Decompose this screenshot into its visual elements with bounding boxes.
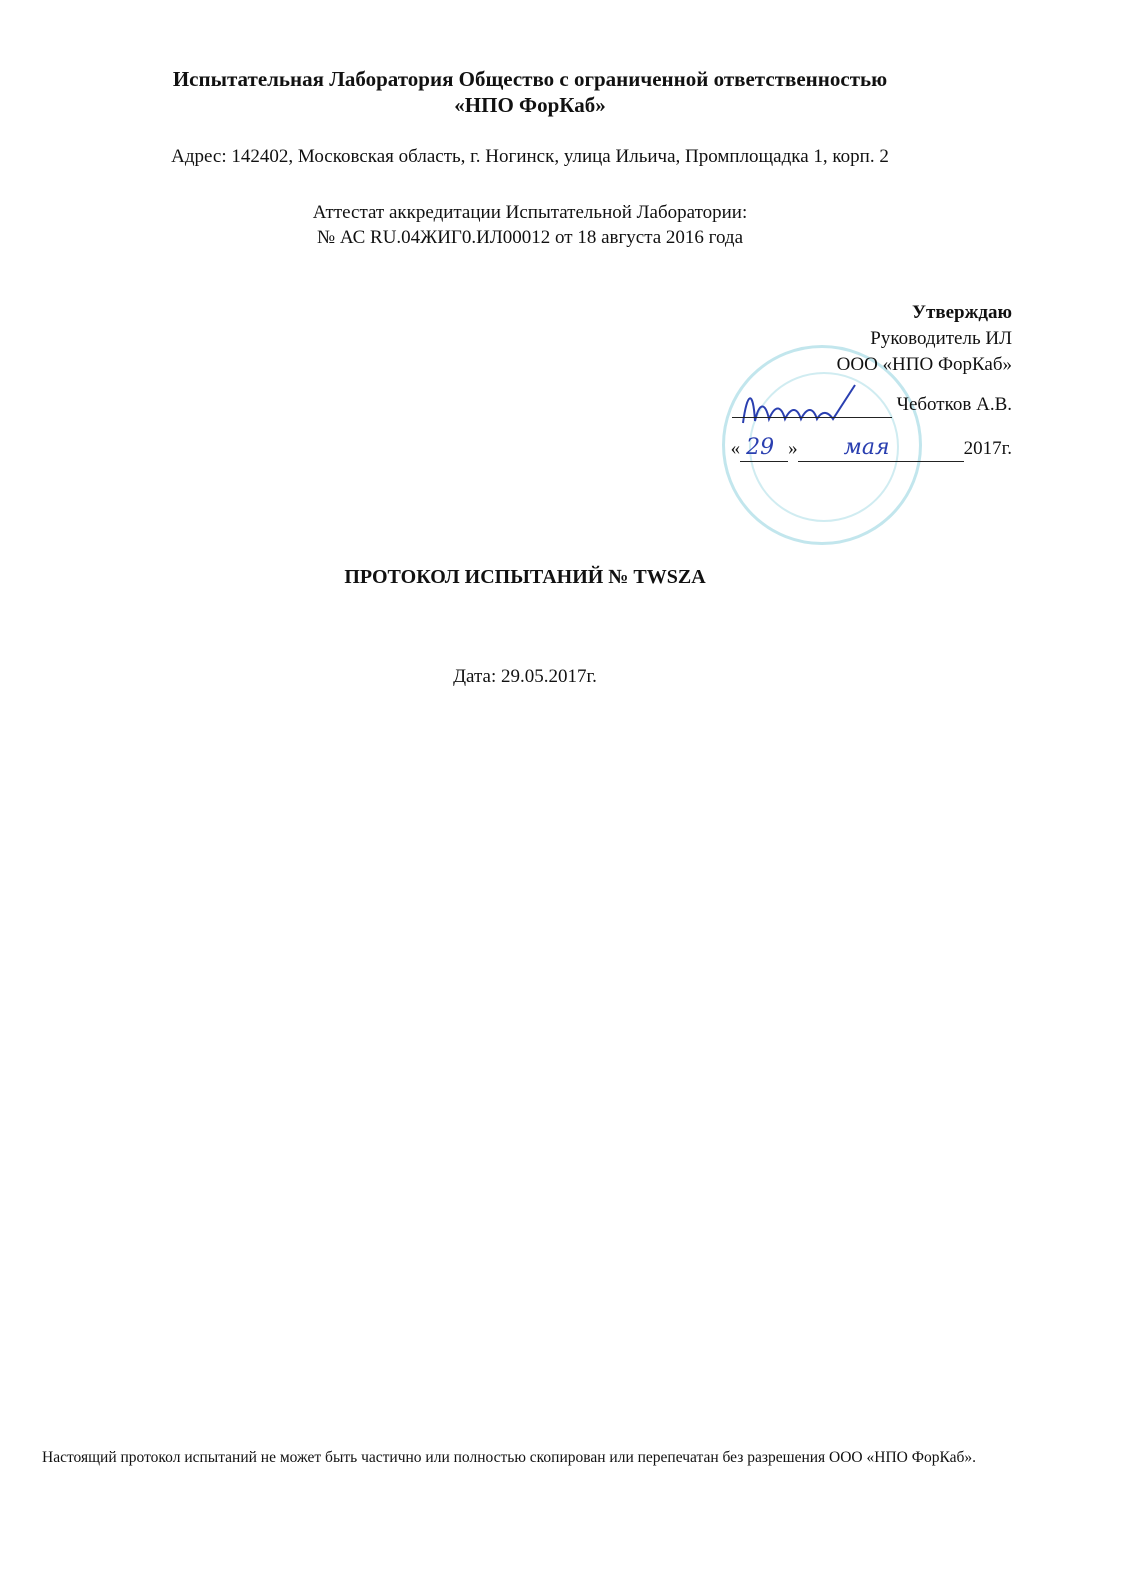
approval-year: 2017г.: [964, 438, 1012, 459]
approval-date-row: «29»мая2017г.: [731, 436, 1012, 462]
open-quote: «: [731, 438, 741, 459]
accreditation-line-2: № АС RU.04ЖИГ0.ИЛ00012 от 18 августа 201…: [50, 225, 1010, 250]
document-date: Дата: 29.05.2017г.: [0, 666, 1050, 688]
month-handwritten: мая: [844, 435, 890, 461]
address: Адрес: 142402, Московская область, г. Но…: [50, 146, 1010, 168]
organization-heading: Испытательная Лаборатория Общество с огр…: [50, 66, 1010, 118]
signature-row: Чеботков А.В.: [731, 392, 1012, 418]
approval-company: ООО «НПО ФорКаб»: [731, 352, 1012, 378]
accreditation-line-1: Аттестат аккредитации Испытательной Лабо…: [50, 200, 1010, 225]
approval-position: Руководитель ИЛ: [731, 326, 1012, 352]
copyright-notice: Настоящий протокол испытаний не может бы…: [42, 1447, 1012, 1469]
close-quote: »: [788, 438, 798, 459]
organization-line-2: «НПО ФорКаб»: [50, 92, 1010, 118]
day-handwritten: 29: [746, 435, 774, 461]
organization-line-1: Испытательная Лаборатория Общество с огр…: [50, 66, 1010, 92]
signatory-name: Чеботков А.В.: [897, 394, 1012, 415]
accreditation: Аттестат аккредитации Испытательной Лабо…: [50, 200, 1010, 250]
month-line: мая: [798, 441, 964, 462]
signature-line: [732, 397, 892, 418]
approval-block: Утверждаю Руководитель ИЛ ООО «НПО ФорКа…: [731, 300, 1012, 462]
document-title: ПРОТОКОЛ ИСПЫТАНИЙ № TWSZA: [0, 566, 1050, 589]
approval-heading: Утверждаю: [731, 300, 1012, 326]
day-line: 29: [740, 441, 788, 462]
